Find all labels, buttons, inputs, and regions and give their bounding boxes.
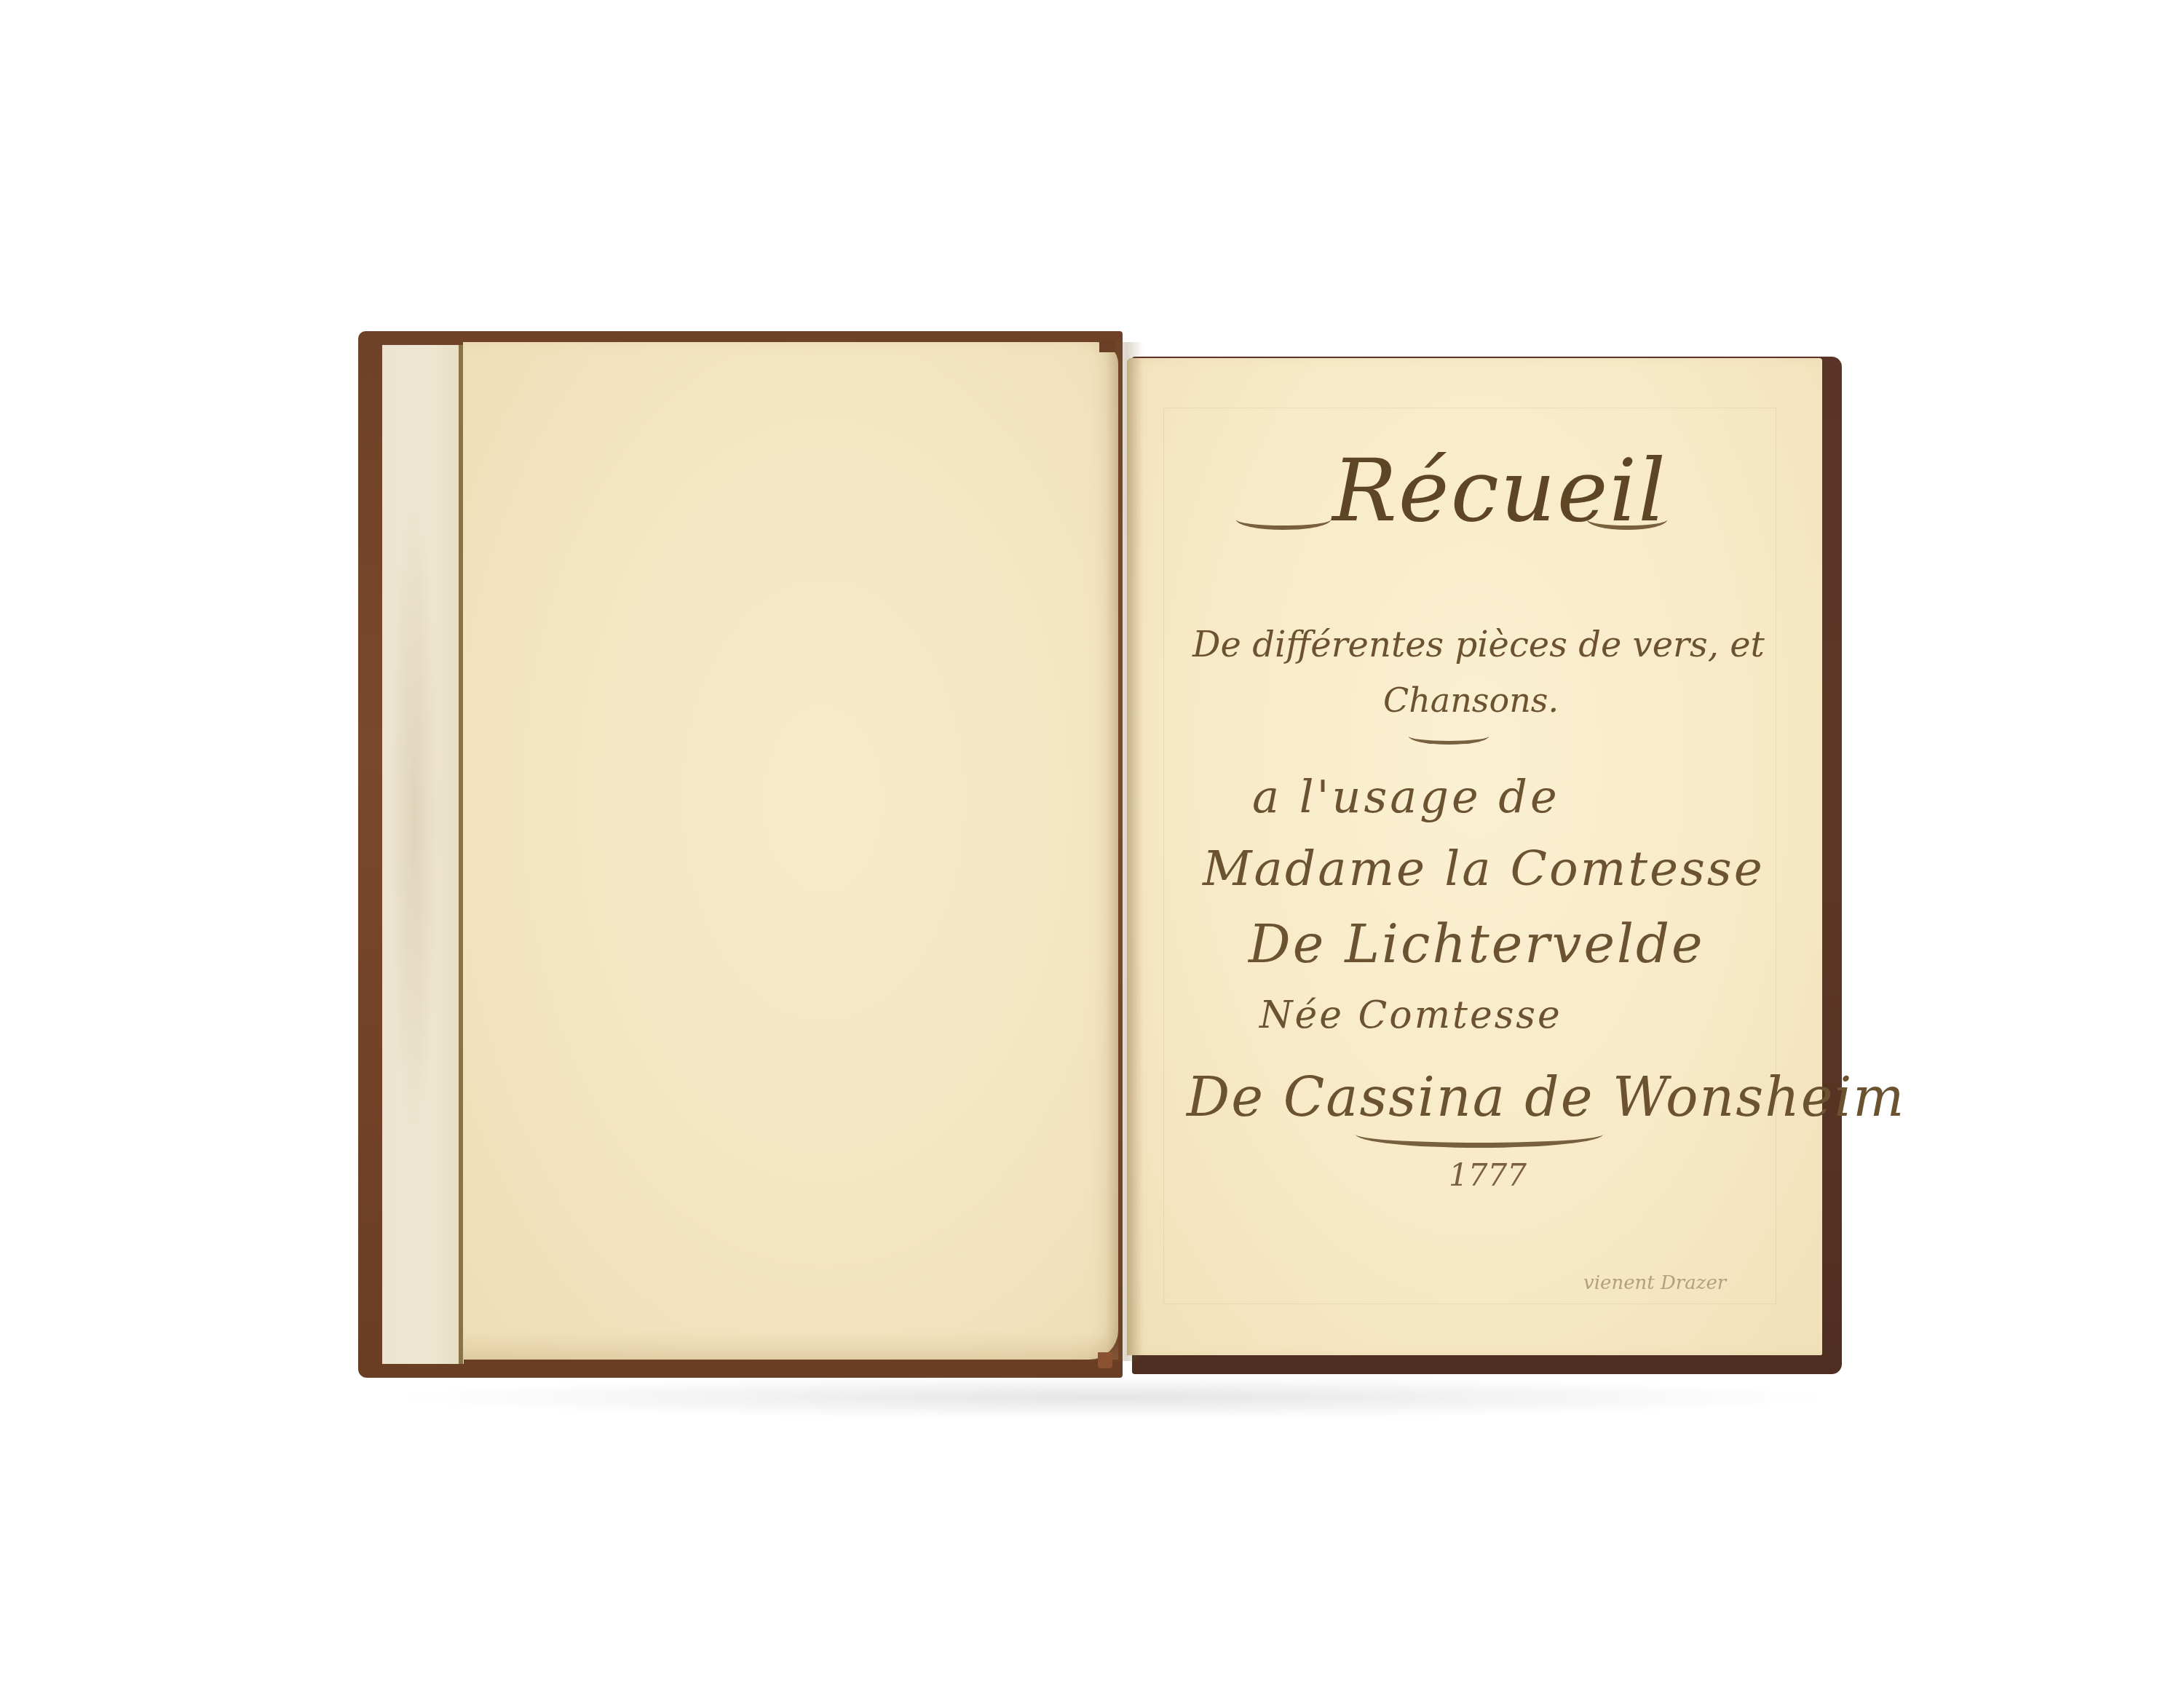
title-flourish-left (1236, 509, 1331, 530)
title-flourish-right (1587, 509, 1667, 530)
tailband (1098, 1352, 1112, 1368)
dedication-line-4: Née Comtesse (1259, 993, 1562, 1037)
dedication-line-2: Madame la Comtesse (1203, 841, 1765, 897)
dedication-line-1: a l'usage de (1252, 770, 1560, 823)
left-pastedown (382, 345, 464, 1364)
subtitle-line-1: De différentes pièces de vers, et (1192, 624, 1765, 665)
margin-note: vienent Drazer (1583, 1272, 1726, 1294)
book-photograph: Récueil De différentes pièces de vers, e… (0, 0, 2184, 1698)
book-shadow (379, 1376, 1842, 1419)
headband (1099, 339, 1115, 352)
subtitle-flourish (1409, 728, 1489, 745)
subtitle-line-2: Chansons. (1383, 681, 1559, 720)
dedication-line-5: De Cassina de Wonsheim (1187, 1066, 1906, 1129)
gutter-shadow (1107, 342, 1143, 1361)
closing-flourish (1356, 1121, 1603, 1148)
dedication-line-3: De Lichtervelde (1249, 913, 1705, 975)
year: 1777 (1449, 1157, 1527, 1193)
blank-left-page (463, 342, 1118, 1360)
